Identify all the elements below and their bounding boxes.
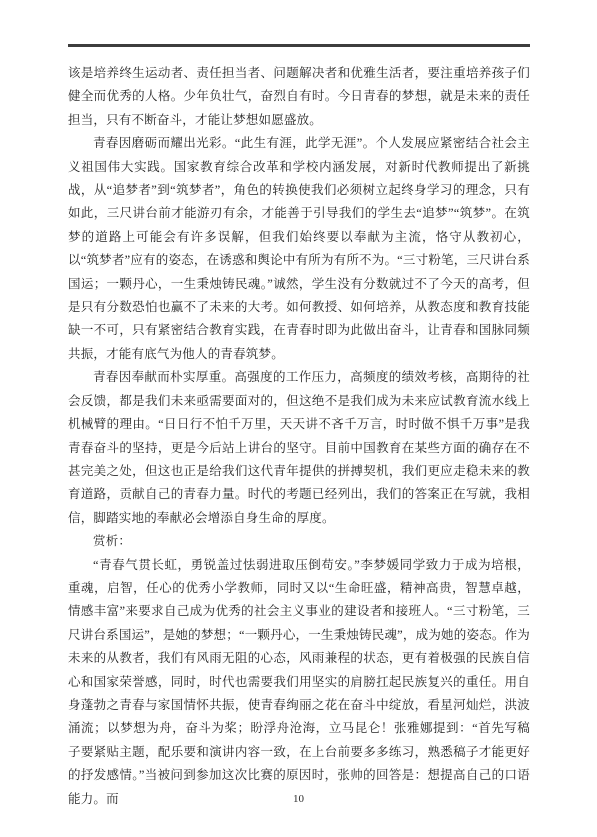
page-number: 10 bbox=[293, 793, 304, 805]
page-footer: 10 bbox=[0, 792, 597, 806]
paragraph: “青春气贯长虹，勇锐盖过怯弱进取压倒苟安。”李梦媛同学致力于成为培根，重魂，启智… bbox=[68, 554, 530, 811]
header-divider-rule bbox=[68, 44, 530, 47]
document-body: 该是培养终生运动者、责任担当者、问题解决者和优雅生活者，要注重培养孩子们健全而优… bbox=[68, 62, 530, 811]
document-page: 该是培养终生运动者、责任担当者、问题解决者和优雅生活者，要注重培养孩子们健全而优… bbox=[0, 0, 597, 837]
paragraph-heading-appreciation: 赏析： bbox=[68, 530, 530, 553]
paragraph: 青春因磨砺而耀出光彩。“此生有涯，此学无涯”。个人发展应紧密结合社会主义祖国伟大… bbox=[68, 132, 530, 366]
paragraph: 青春因奉献而朴实厚重。高强度的工作压力，高频度的绩效考核，高期待的社会反馈，都是… bbox=[68, 366, 530, 530]
paragraph: 该是培养终生运动者、责任担当者、问题解决者和优雅生活者，要注重培养孩子们健全而优… bbox=[68, 62, 530, 132]
